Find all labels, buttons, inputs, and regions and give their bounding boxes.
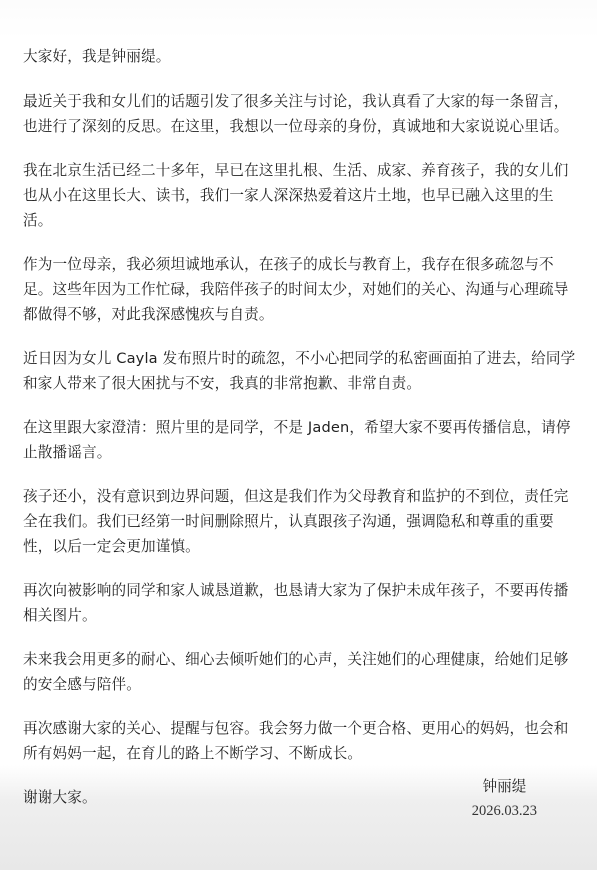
paragraph-1: 最近关于我和女儿们的话题引发了很多关注与讨论，我认真看了大家的每一条留言，也进行… (23, 89, 578, 139)
greeting: 大家好，我是钟丽缇。 (23, 44, 578, 69)
signature-block: 钟丽缇 2026.03.23 (472, 775, 537, 823)
paragraph-4: 近日因为女儿 Cayla 发布照片时的疏忽，不小心把同学的私密画面拍了进去，给同… (23, 346, 578, 396)
paragraph-2: 我在北京生活已经二十多年，早已在这里扎根、生活、成家、养育孩子，我的女儿们也从小… (23, 158, 578, 233)
paragraph-7: 再次向被影响的同学和家人诚恳道歉，也恳请大家为了保护未成年孩子，不要再传播相关图… (23, 578, 578, 628)
paragraph-9: 再次感谢大家的关心、提醒与包容。我会努力做一个更合格、更用心的妈妈，也会和所有妈… (23, 716, 578, 766)
signature-date: 2026.03.23 (472, 799, 537, 823)
letter-body: 大家好，我是钟丽缇。 最近关于我和女儿们的话题引发了很多关注与讨论，我认真看了大… (23, 44, 578, 829)
signature-name: 钟丽缇 (472, 775, 537, 799)
paragraph-5: 在这里跟大家澄清：照片里的是同学，不是 Jaden，希望大家不要再传播信息，请停… (23, 415, 578, 465)
paragraph-8: 未来我会用更多的耐心、细心去倾听她们的心声，关注她们的心理健康，给她们足够的安全… (23, 647, 578, 697)
paragraph-6: 孩子还小，没有意识到边界问题，但这是我们作为父母教育和监护的不到位，责任完全在我… (23, 484, 578, 559)
paragraph-3: 作为一位母亲，我必须坦诚地承认，在孩子的成长与教育上，我存在很多疏忽与不足。这些… (23, 252, 578, 327)
